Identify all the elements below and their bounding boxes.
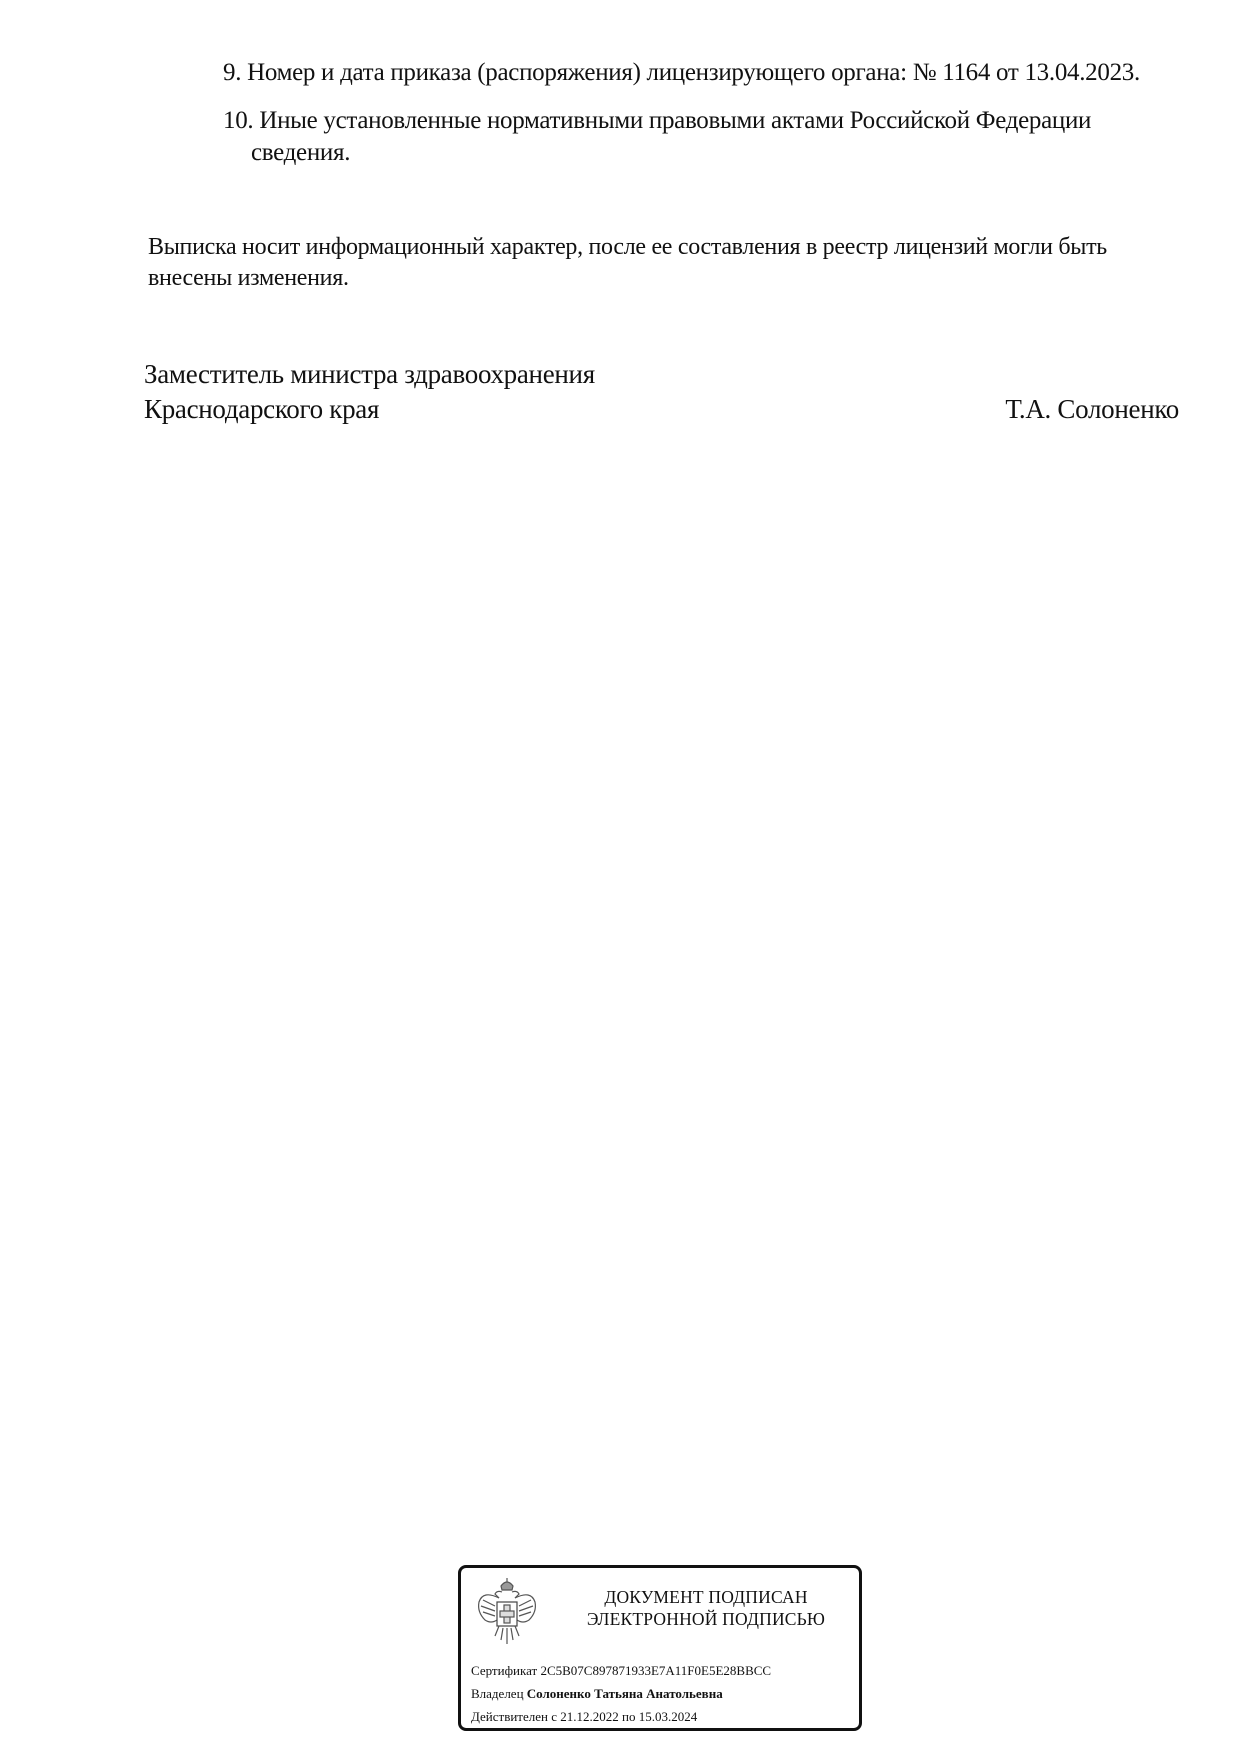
item-number: 10. [223,107,253,134]
list-item-10: 10. Иные установленные нормативными прав… [223,106,1091,136]
list-item-10-continuation: сведения. [251,138,350,168]
owner-value: Солоненко Татьяна Анатольевна [527,1686,723,1701]
item-number: 9. [223,59,241,86]
owner-row: Владелец Солоненко Татьяна Анатольевна [471,1686,723,1702]
disclaimer-line-1: Выписка носит информационный характер, п… [148,232,1107,262]
list-item-9: 9. Номер и дата приказа (распоряжения) л… [223,58,1140,88]
certificate-value: 2C5B07C897871933E7A11F0E5E28BBCC [540,1663,771,1678]
certificate-label: Сертификат [471,1663,537,1678]
validity-label: Действителен [471,1709,548,1724]
russian-coat-of-arms-icon [475,1576,539,1648]
certificate-row: Сертификат 2C5B07C897871933E7A11F0E5E28B… [471,1663,771,1679]
validity-row: Действителен с 21.12.2022 по 15.03.2024 [471,1709,697,1725]
signer-name: Т.А. Солоненко [1005,394,1179,424]
item-text: Номер и дата приказа (распоряжения) лице… [247,59,1140,86]
stamp-title-line-1: ДОКУМЕНТ ПОДПИСАН [561,1586,851,1608]
stamp-title: ДОКУМЕНТ ПОДПИСАН ЭЛЕКТРОННОЙ ПОДПИСЬЮ [561,1586,851,1630]
electronic-signature-stamp: ДОКУМЕНТ ПОДПИСАН ЭЛЕКТРОННОЙ ПОДПИСЬЮ С… [458,1565,862,1731]
stamp-title-line-2: ЭЛЕКТРОННОЙ ПОДПИСЬЮ [561,1608,851,1630]
owner-label: Владелец [471,1686,524,1701]
signer-position-line-2: Краснодарского края [144,394,379,424]
validity-value: с 21.12.2022 по 15.03.2024 [551,1709,697,1724]
item-text: Иные установленные нормативными правовым… [259,107,1091,134]
signer-position-line-1: Заместитель министра здравоохранения [144,359,595,389]
disclaimer-line-2: внесены изменения. [148,263,349,293]
